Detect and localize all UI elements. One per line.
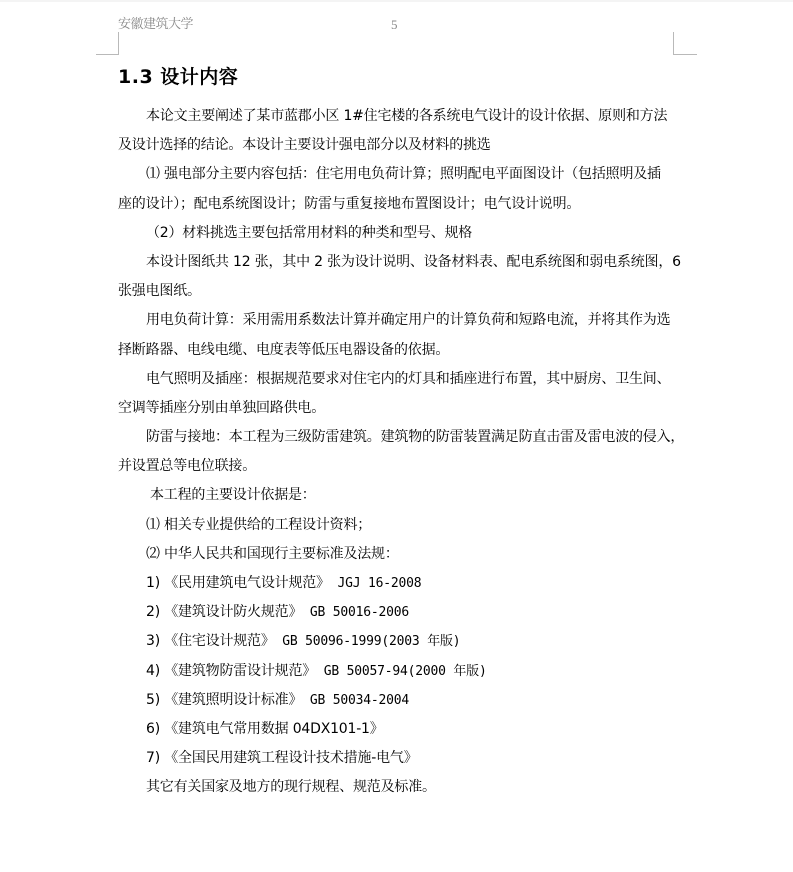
- standard-code: JGJ 16-2008: [330, 576, 422, 591]
- paragraph-line: 电气照明及插座：根据规范要求对住宅内的灯具和插座进行布置，其中厨房、卫生间、: [118, 365, 678, 394]
- paragraph-line: 座的设计）；配电系统图设计；防雷与重复接地布置图设计；电气设计说明。: [118, 190, 678, 219]
- standard-item: 6) 《建筑电气常用数据 04DX101-1》: [118, 715, 678, 744]
- standard-item: 1) 《民用建筑电气设计规范》 JGJ 16-2008: [118, 569, 678, 598]
- standard-title: 《住宅设计规范》: [164, 633, 274, 649]
- standard-number: 6): [146, 721, 160, 737]
- page-top-edge: [0, 0, 793, 2]
- standard-item: 5) 《建筑照明设计标准》 GB 50034-2004: [118, 686, 678, 715]
- standard-item: 4) 《建筑物防雷设计规范》 GB 50057-94(2000 年版): [118, 657, 678, 686]
- header-institution: 安徽建筑大学: [118, 16, 193, 34]
- standard-number: 5): [146, 692, 160, 708]
- document-body: 本论文主要阐述了某市蓝郡小区 1#住宅楼的各系统电气设计的设计依据、原则和方法 …: [118, 102, 678, 803]
- paragraph-line: 择断路器、电线电缆、电度表等低压电器设备的依据。: [118, 336, 678, 365]
- paragraph-line: ⑴ 相关专业提供给的工程设计资料；: [118, 511, 678, 540]
- standard-number: 3): [146, 633, 160, 649]
- standard-item: 3) 《住宅设计规范》 GB 50096-1999(2003 年版): [118, 627, 678, 656]
- paragraph-line: ⑴ 强电部分主要内容包括：住宅用电负荷计算；照明配电平面图设计（包括照明及插: [118, 160, 678, 189]
- paragraph-line: 并设置总等电位联接。: [118, 452, 678, 481]
- header-page-number: 5: [391, 16, 398, 34]
- section-heading: 1.3 设计内容: [118, 64, 238, 90]
- standard-title: 《民用建筑电气设计规范》: [164, 575, 330, 591]
- paragraph-line: 本论文主要阐述了某市蓝郡小区 1#住宅楼的各系统电气设计的设计依据、原则和方法: [118, 102, 678, 131]
- standard-code: GB 50057-94(2000 年版): [316, 664, 487, 679]
- standard-number: 2): [146, 604, 160, 620]
- standard-title: 《建筑照明设计标准》: [164, 692, 302, 708]
- paragraph-line: 张强电图纸。: [118, 277, 678, 306]
- paragraph-line: 本设计图纸共 12 张，其中 2 张为设计说明、设备材料表、配电系统图和弱电系统…: [118, 248, 678, 277]
- paragraph-line: 防雷与接地：本工程为三级防雷建筑。建筑物的防雷装置满足防直击雷及雷电波的侵入，: [118, 423, 678, 452]
- standard-title: 《建筑物防雷设计规范》: [164, 663, 316, 679]
- standard-number: 7): [146, 750, 160, 766]
- standard-number: 4): [146, 663, 160, 679]
- closing-line: 其它有关国家及地方的现行规程、规范及标准。: [118, 773, 678, 802]
- standard-item: 7) 《全国民用建筑工程设计技术措施-电气》: [118, 744, 678, 773]
- standard-number: 1): [146, 575, 160, 591]
- margin-corner-mark-left: [96, 32, 119, 55]
- standard-code: GB 50034-2004: [302, 693, 409, 708]
- paragraph-line: （2）材料挑选主要包括常用材料的种类和型号、规格: [118, 219, 678, 248]
- paragraph-line: 及设计选择的结论。本设计主要设计强电部分以及材料的挑选: [118, 131, 678, 160]
- standard-code: GB 50096-1999(2003 年版): [275, 634, 461, 649]
- margin-corner-mark-right: [673, 32, 697, 55]
- standard-code: GB 50016-2006: [302, 605, 409, 620]
- paragraph-line: 用电负荷计算：采用需用系数法计算并确定用户的计算负荷和短路电流，并将其作为选: [118, 306, 678, 335]
- standard-title: 《全国民用建筑工程设计技术措施-电气》: [164, 750, 417, 766]
- standard-title: 《建筑电气常用数据 04DX101-1》: [164, 721, 383, 737]
- paragraph-line: ⑵ 中华人民共和国现行主要标准及法规：: [118, 540, 678, 569]
- standard-title: 《建筑设计防火规范》: [164, 604, 302, 620]
- standard-item: 2) 《建筑设计防火规范》 GB 50016-2006: [118, 598, 678, 627]
- paragraph-line: 本工程的主要设计依据是：: [118, 481, 678, 510]
- paragraph-line: 空调等插座分别由单独回路供电。: [118, 394, 678, 423]
